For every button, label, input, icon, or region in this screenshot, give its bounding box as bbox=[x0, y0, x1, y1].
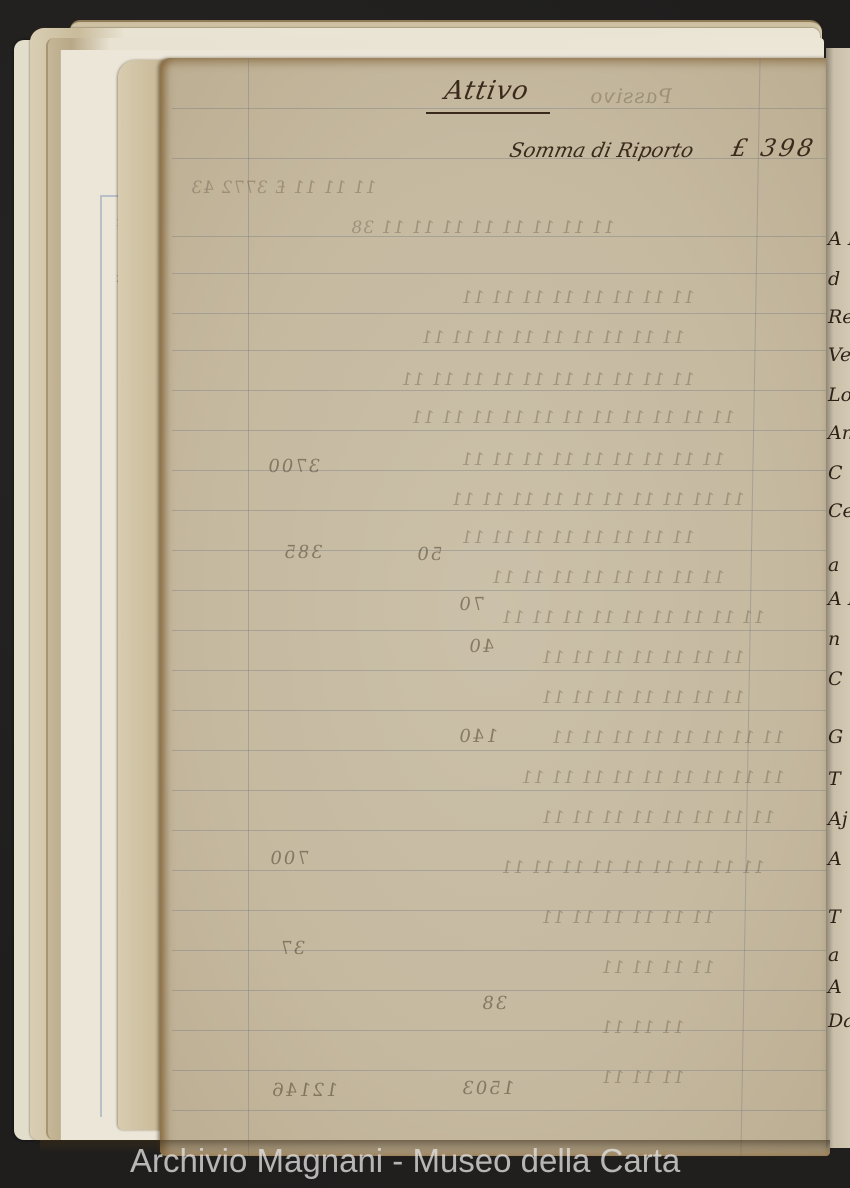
facing-text: Da bbox=[828, 1010, 850, 1032]
bleed-through-amount: 38 bbox=[476, 993, 511, 1014]
facing-text: d bbox=[828, 268, 840, 290]
bleed-through-line: 11 11 11 11 11 11 11 11 11 bbox=[516, 768, 787, 788]
facing-text: A bbox=[828, 848, 842, 870]
facing-text: Ana bbox=[828, 422, 850, 444]
facing-page-edge: A F d Rep Vend Lo Ana C Ced a A M n C G … bbox=[826, 48, 850, 1148]
bleed-through-amount: 12146 bbox=[266, 1080, 341, 1101]
bleed-through-line: 11 11 11 11 11 11 11 11 11 bbox=[456, 450, 727, 470]
bleed-through-amount: 40 bbox=[463, 636, 498, 657]
archive-watermark: Archivio Magnani - Museo della Carta bbox=[130, 1142, 850, 1180]
facing-text: T bbox=[828, 768, 841, 790]
bleed-through-line: 11 11 11 11 11 11 11 11 bbox=[456, 528, 697, 548]
facing-text: Rep bbox=[828, 306, 850, 328]
bleed-through-line: 11 11 11 11 bbox=[596, 958, 717, 978]
amount-value: 398 bbox=[758, 134, 818, 162]
facing-text: Aj bbox=[828, 808, 848, 830]
bleed-through-header: Passivo bbox=[586, 84, 676, 108]
bleed-through-amount: 1503 bbox=[456, 1078, 517, 1099]
bleed-through-line: 11 11 11 11 11 11 11 11 bbox=[546, 728, 787, 748]
facing-text: a bbox=[828, 944, 839, 966]
bleed-through-line: 11 11 11 11 11 11 11 11 11 11 11 bbox=[406, 408, 737, 428]
bleed-through-line: 11 11 11 £ 3772 43 bbox=[186, 178, 379, 198]
bleed-through-line: 11 11 11 11 11 11 11 11 11 11 bbox=[446, 490, 747, 510]
bleed-through-amount: 140 bbox=[453, 726, 501, 747]
bleed-through-line: 11 11 11 11 11 11 11 11 bbox=[536, 808, 777, 828]
bleed-through-line: 11 11 11 bbox=[596, 1018, 687, 1038]
page-heading: Attivo bbox=[442, 76, 531, 106]
facing-text: a bbox=[828, 554, 839, 576]
bleed-through-line: 11 11 11 11 11 11 11 11 bbox=[456, 288, 697, 308]
bleed-through-line: 11 11 11 11 11 11 11 11 11 bbox=[496, 608, 767, 628]
bleed-through-line: 11 11 11 11 11 11 11 11 11 bbox=[416, 328, 687, 348]
currency-symbol: £ bbox=[730, 134, 753, 162]
bleed-through-line: 11 11 11 11 11 11 11 11 38 bbox=[346, 218, 617, 238]
bleed-through-amount: 3700 bbox=[262, 456, 323, 477]
ledger-page: Passivo 11 11 11 £ 3772 43 11 11 11 11 1… bbox=[160, 58, 830, 1156]
facing-text: A F bbox=[828, 228, 850, 250]
bleed-through-amount: 700 bbox=[264, 848, 312, 869]
bleed-through-line: 11 11 11 11 11 11 bbox=[536, 908, 717, 928]
bleed-through-line: 11 11 11 11 11 11 11 bbox=[536, 648, 747, 668]
bleed-through-amount: 70 bbox=[453, 594, 488, 615]
facing-text: A M bbox=[828, 588, 850, 610]
bleed-through-line: 11 11 11 11 11 11 11 11 11 11 bbox=[396, 370, 697, 390]
facing-text: C bbox=[828, 462, 843, 484]
bleed-through-line: 11 11 11 11 11 11 11 11 bbox=[486, 568, 727, 588]
bleed-through-amount: 37 bbox=[274, 938, 309, 959]
bleed-through-amount: 385 bbox=[278, 542, 326, 563]
bleed-through-line: 11 11 11 11 11 11 11 11 11 bbox=[496, 858, 767, 878]
facing-text: n bbox=[828, 628, 840, 650]
carry-forward-amount: £ 398 bbox=[730, 134, 819, 162]
facing-text: Vend bbox=[828, 344, 850, 366]
bleed-through-line: 11 11 11 11 11 11 11 bbox=[536, 688, 747, 708]
facing-text: C bbox=[828, 668, 843, 690]
facing-text: T bbox=[828, 906, 841, 928]
facing-text: Ced bbox=[828, 500, 850, 522]
bleed-through-line: 11 11 11 bbox=[596, 1068, 687, 1088]
facing-text: Lo bbox=[828, 384, 850, 406]
bleed-through-amount: 50 bbox=[411, 544, 446, 565]
facing-text: G bbox=[828, 726, 843, 748]
heading-underline bbox=[426, 112, 550, 114]
carry-forward-label: Somma di Riporto bbox=[507, 138, 696, 162]
facing-text: A bbox=[828, 976, 842, 998]
